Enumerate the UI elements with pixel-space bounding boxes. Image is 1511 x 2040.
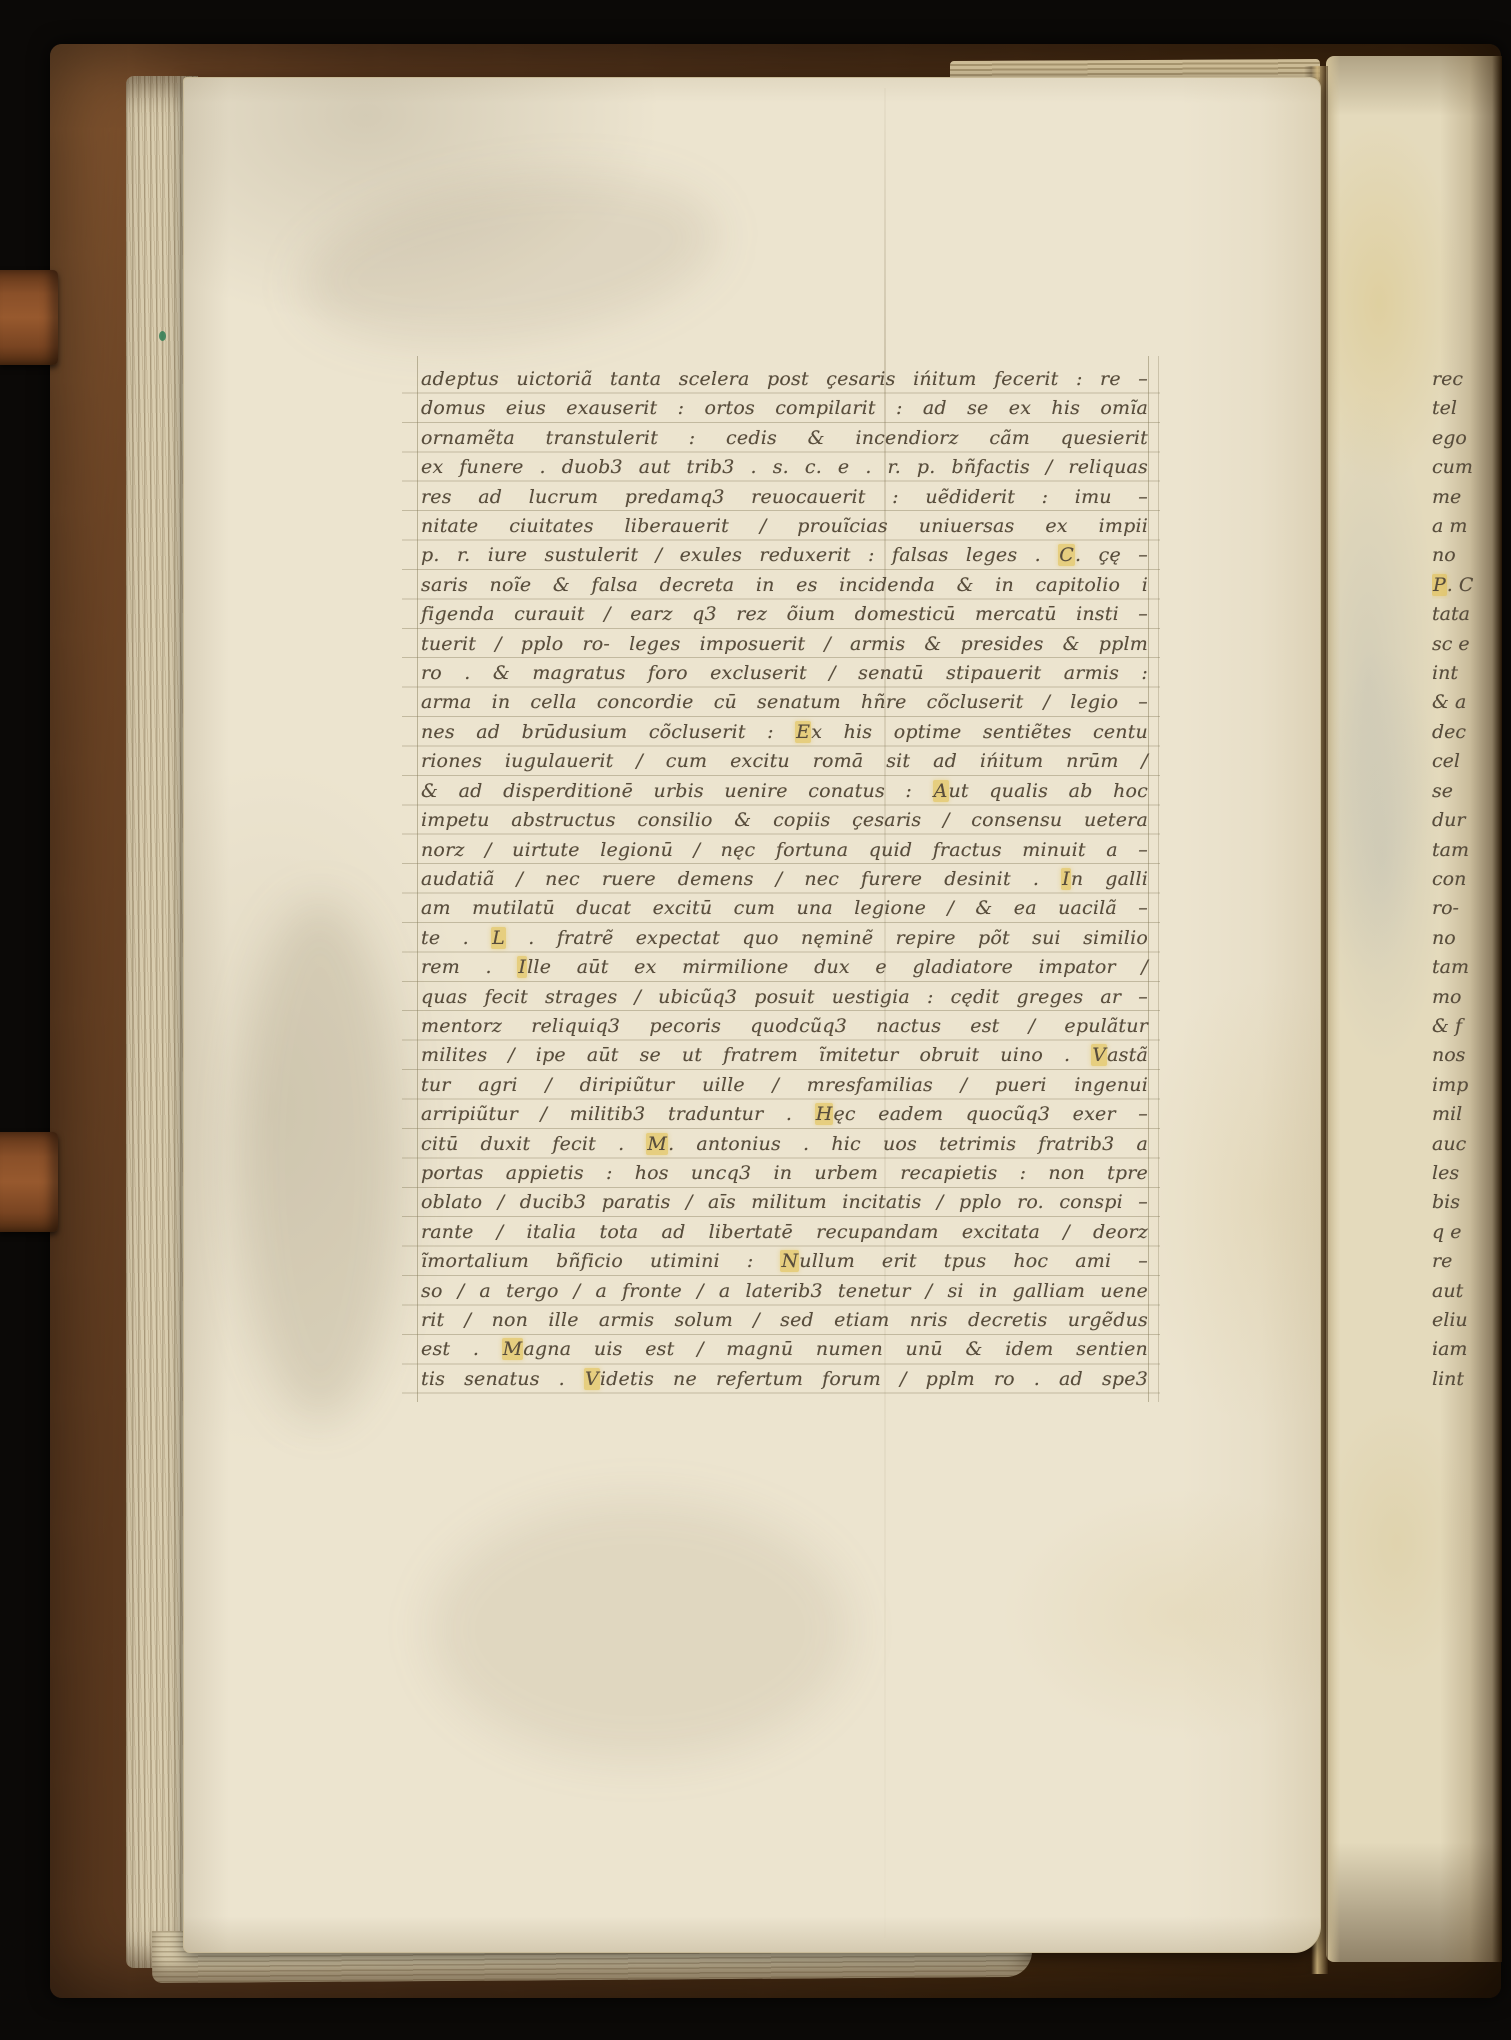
facing-page-fragment: dec [1432, 717, 1502, 746]
facing-page-fragment: se [1432, 776, 1502, 805]
yellow-touched-initial: N [780, 1250, 799, 1272]
manuscript-line: nes ad brūdusium cõcluserit : Ex his opt… [421, 717, 1148, 746]
yellow-touched-initial: I [517, 956, 527, 978]
facing-page-fragment: re [1432, 1246, 1502, 1275]
facing-page-text-column: rectelegocummea mnoP. Ctatasc eint& adec… [1432, 364, 1502, 1393]
yellow-touched-initial: I [1061, 868, 1071, 890]
green-speck [159, 331, 166, 341]
manuscript-line: res ad lucrum predamq3 reuocauerit : uẽd… [421, 482, 1148, 511]
manuscript-line: figenda curauit / earz q3 rez õium domes… [421, 599, 1148, 628]
manuscript-line: riones iugulauerit / cum excitu romā sit… [421, 746, 1148, 775]
manuscript-line: rante / italia tota ad libertatē recupan… [421, 1217, 1148, 1246]
manuscript-line: ex funere . duob3 aut trib3 . s. c. e . … [421, 452, 1148, 481]
manuscript-line: milites / ipe aūt se ut fratrem ĩmitetur… [421, 1040, 1148, 1069]
facing-page-fragment: dur [1432, 805, 1502, 834]
yellow-touched-initial: E [795, 721, 811, 743]
parchment-stain [430, 1500, 850, 1760]
facing-page-fragment: & f [1432, 1011, 1502, 1040]
manuscript-line: am mutilatū ducat excitū cum una legione… [421, 893, 1148, 922]
yellow-touched-initial: M [646, 1133, 668, 1155]
facing-page-fragment: auc [1432, 1129, 1502, 1158]
facing-page-fragment: & a [1432, 687, 1502, 716]
yellow-touched-initial: V [1091, 1044, 1107, 1066]
facing-page-fragment: tata [1432, 599, 1502, 628]
facing-page-fragment: mil [1432, 1099, 1502, 1128]
facing-page-fragment: ego [1432, 423, 1502, 452]
parchment-cockle-shadow [240, 900, 400, 1420]
facing-page-fragment: tam [1432, 835, 1502, 864]
clasp-strap-top [0, 270, 58, 365]
manuscript-line: oblato / ducib3 paratis / aīs militum in… [421, 1187, 1148, 1216]
manuscript-line: impetu abstructus consilio & copiis çesa… [421, 805, 1148, 834]
facing-page-fragment: cel [1432, 746, 1502, 775]
facing-page-fragment: bis [1432, 1187, 1502, 1216]
manuscript-line: tuerit / pplo ro- leges imposuerit / arm… [421, 629, 1148, 658]
manuscript-line: mentorz reliquiq3 pecoris quodcũq3 nactu… [421, 1011, 1148, 1040]
manuscript-photo: rectelegocummea mnoP. Ctatasc eint& adec… [0, 0, 1511, 2040]
facing-page-fragment: rec [1432, 364, 1502, 393]
facing-page-fragment: cum [1432, 452, 1502, 481]
facing-page-fragment: imp [1432, 1070, 1502, 1099]
yellow-touched-initial: M [502, 1338, 524, 1360]
manuscript-line: quas fecit strages / ubicũq3 posuit uest… [421, 982, 1148, 1011]
facing-page-fragment: eliu [1432, 1305, 1502, 1334]
manuscript-line: portas appietis : hos uncq3 in urbem rec… [421, 1158, 1148, 1187]
manuscript-line: rit / non ille armis solum / sed etiam n… [421, 1305, 1148, 1334]
yellow-touched-initial: C [1058, 544, 1075, 566]
manuscript-line: tur agri / diripiũtur uille / mresfamili… [421, 1070, 1148, 1099]
manuscript-line: arma in cella concordie cū senatum hñre … [421, 687, 1148, 716]
facing-page-fragment: no [1432, 540, 1502, 569]
manuscript-line: saris noĩe & falsa decreta in es inciden… [421, 570, 1148, 599]
right-page-sliver: rectelegocummea mnoP. Ctatasc eint& adec… [1326, 56, 1502, 1962]
manuscript-line: & ad disperditionē urbis uenire conatus … [421, 776, 1148, 805]
manuscript-line: domus eius exauserit : ortos compilarit … [421, 393, 1148, 422]
yellow-touched-initial: H [815, 1103, 834, 1125]
manuscript-line: p. r. iure sustulerit / exules reduxerit… [421, 540, 1148, 569]
manuscript-line: audatiã / nec ruere demens / nec furere … [421, 864, 1148, 893]
yellow-touched-initial: P [1432, 574, 1447, 596]
facing-page-fragment: les [1432, 1158, 1502, 1187]
text-block: adeptus uictoriã tanta scelera post çesa… [421, 364, 1148, 1393]
clasp-strap-bottom [0, 1132, 58, 1232]
facing-page-fragment: iam [1432, 1334, 1502, 1363]
parchment-shadow-top [291, 152, 729, 369]
facing-page-fragment: tam [1432, 952, 1502, 981]
facing-page-fragment: aut [1432, 1276, 1502, 1305]
yellow-touched-initial: L [491, 927, 506, 949]
manuscript-line: ornamẽta transtulerit : cedis & incendio… [421, 423, 1148, 452]
manuscript-line: rem . Ille aūt ex mirmilione dux e gladi… [421, 952, 1148, 981]
left-margin-rule [417, 356, 418, 1402]
facing-page-fragment: con [1432, 864, 1502, 893]
manuscript-line: arripiũtur / militib3 traduntur . Hęc ea… [421, 1099, 1148, 1128]
right-margin-rule-outer [1158, 356, 1159, 1402]
manuscript-line: est . Magna uis est / magnū numen unū & … [421, 1334, 1148, 1363]
facing-page-fragment: nos [1432, 1040, 1502, 1069]
facing-page-fragment: tel [1432, 393, 1502, 422]
manuscript-line: citū duxit fecit . M. antonius . hic uos… [421, 1129, 1148, 1158]
manuscript-line: te . L . fratrẽ expectat quo nęminẽ repi… [421, 923, 1148, 952]
manuscript-line: ro . & magratus foro excluserit / senatū… [421, 658, 1148, 687]
facing-page-fragment: lint [1432, 1364, 1502, 1393]
manuscript-line: tis senatus . Videtis ne refertum forum … [421, 1364, 1148, 1393]
manuscript-line: adeptus uictoriã tanta scelera post çesa… [421, 364, 1148, 393]
facing-page-fragment: mo [1432, 982, 1502, 1011]
yellow-touched-initial: A [933, 780, 949, 802]
manuscript-line: norz / uirtute legionū / nęc fortuna qui… [421, 835, 1148, 864]
facing-page-fragment: me [1432, 482, 1502, 511]
yellow-touched-initial: V [584, 1368, 600, 1390]
manuscript-line: so / a tergo / a fronte / a laterib3 ten… [421, 1276, 1148, 1305]
manuscript-line: nitate ciuitates liberauerit / prouĩcias… [421, 511, 1148, 540]
facing-page-fragment: no [1432, 923, 1502, 952]
facing-page-fragment: q e [1432, 1217, 1502, 1246]
facing-page-fragment: int [1432, 658, 1502, 687]
manuscript-line: ĩmortalium bñficio utimini : Nullum erit… [421, 1246, 1148, 1275]
facing-page-fragment: sc e [1432, 629, 1502, 658]
facing-page-fragment: ro- [1432, 893, 1502, 922]
facing-page-fragment: P. C [1432, 570, 1502, 599]
facing-page-fragment: a m [1432, 511, 1502, 540]
right-margin-rule [1148, 356, 1149, 1402]
